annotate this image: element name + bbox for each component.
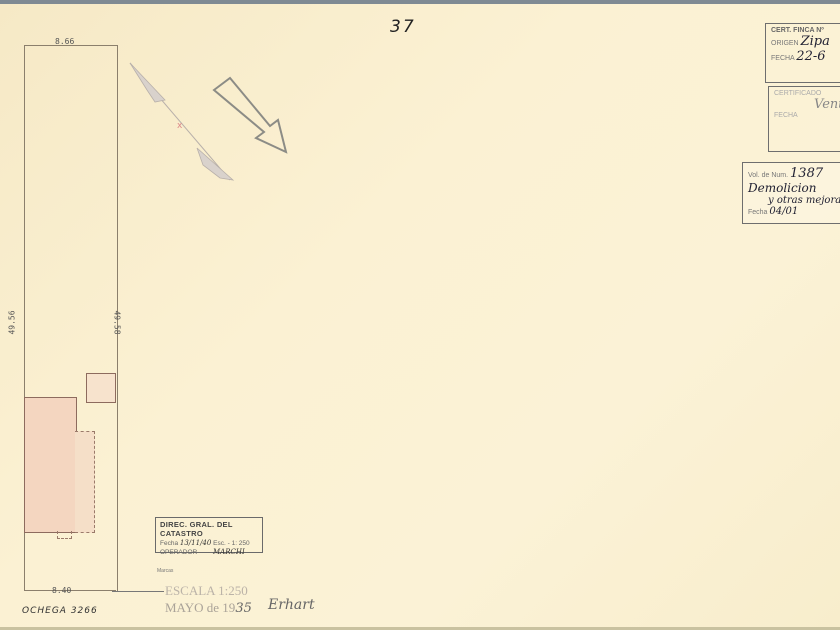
stamp-label: CERT. FINCA Nº xyxy=(771,27,840,34)
operador-value: MARCHI xyxy=(213,548,245,556)
operador-label: OPERADOR xyxy=(160,549,197,556)
stamp-label: ORIGEN xyxy=(771,40,799,47)
escala-text: ESCALA 1:250 xyxy=(165,583,248,599)
date-year: 35 xyxy=(235,601,252,616)
dimension-right: 49.58 xyxy=(113,310,122,334)
direction-arrow-icon xyxy=(210,74,292,156)
stamp-label: FECHA xyxy=(774,112,840,119)
dimension-left: 49.56 xyxy=(8,310,17,334)
signature: Erhart xyxy=(268,597,315,613)
stamp-handwritten-value: y otras mejoras xyxy=(748,195,840,206)
fecha-label: Fecha xyxy=(160,540,178,547)
svg-text:x: x xyxy=(177,121,183,131)
stamp-handwritten-value: 22-6 xyxy=(796,49,825,64)
building-main xyxy=(24,397,77,533)
scan-top-border xyxy=(0,0,840,4)
right-stamp-origin: CERT. FINCA Nº ORIGEN Zipa FECHA 22-6 xyxy=(765,23,840,83)
stamp-handwritten-value: Venta xyxy=(814,97,840,112)
escala-leader-line xyxy=(112,591,164,592)
date-line: MAYO de 1935 xyxy=(165,600,252,616)
catastro-stamp: DIREC. GRAL. DEL CATASTRO Fecha 13/11/40… xyxy=(155,517,263,553)
right-stamp-certificate: CERTIFICADO Venta FECHA xyxy=(768,86,840,152)
building-proposed-extension xyxy=(75,431,95,533)
building-shed xyxy=(86,373,116,403)
stamp-handwritten-value: 1387 xyxy=(790,166,823,181)
right-stamp-volume: Vol. de Num. 1387 Demolicion y otras mej… xyxy=(742,162,840,224)
escala-stamp-value: Esc. - 1: 250 xyxy=(213,540,250,547)
fecha-value: 13/11/40 xyxy=(180,539,211,547)
date-prefix: MAYO de 19 xyxy=(165,600,235,615)
dimension-bottom: 8.40 xyxy=(52,586,71,595)
marks-label: Marcas xyxy=(157,568,173,574)
stamp-label: Vol. de Num. xyxy=(748,172,788,179)
stamp-label: FECHA xyxy=(771,55,794,62)
stamp-label: CERTIFICADO xyxy=(774,90,840,97)
page-number: 37 xyxy=(390,17,416,37)
stamp-label: Fecha xyxy=(748,209,767,216)
stamp-handwritten-value: 04/01 xyxy=(769,206,798,217)
stamp-handwritten-value: Demolicion xyxy=(748,181,840,195)
stamp-handwritten-value: Zipa xyxy=(801,34,830,49)
street-label: OCHEGA 3266 xyxy=(22,606,98,616)
building-small-annex xyxy=(57,531,72,539)
dimension-top: 8.66 xyxy=(55,37,74,46)
catastro-stamp-title: DIREC. GRAL. DEL CATASTRO xyxy=(160,520,258,538)
